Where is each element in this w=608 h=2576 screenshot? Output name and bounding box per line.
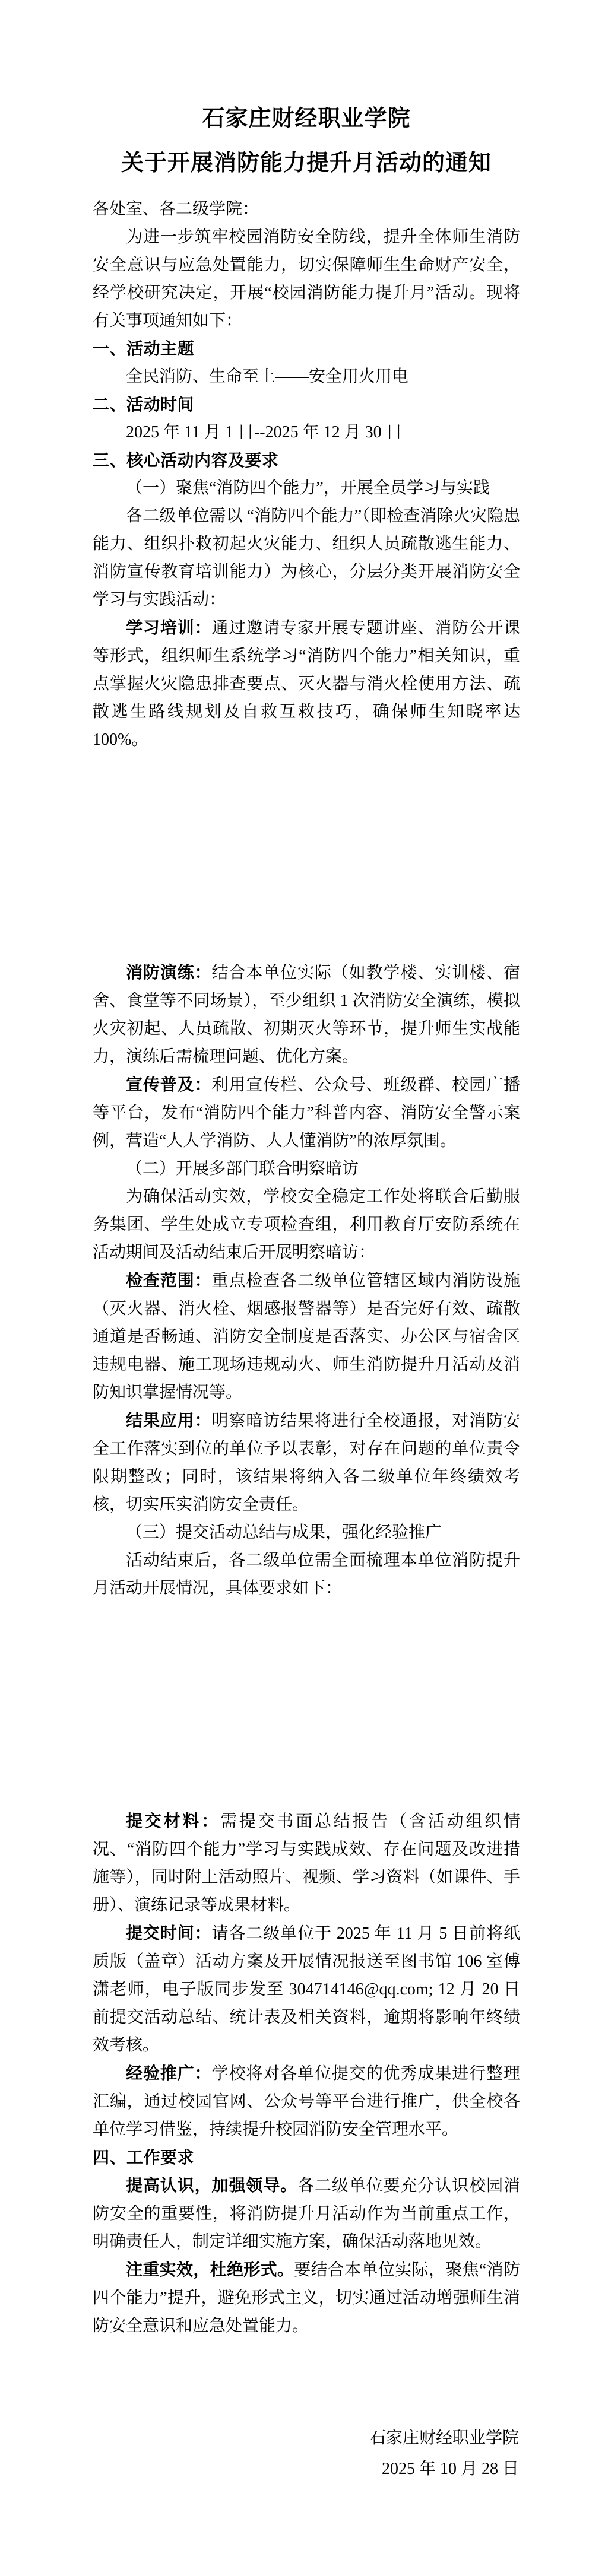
heading-section-4: 四、工作要求 [93,2143,520,2171]
paragraph-requirement-2: 注重实效，杜绝形式。要结合本单位实际，聚焦“消防四个能力”提升，避免形式主义，切… [93,2256,520,2340]
paragraph-publicity-lead: 宣传普及： [126,1075,212,1094]
paragraph-scope: 检查范围：重点检查各二级单位管辖区域内消防设施（灭火器、消火栓、烟感报警器等）是… [93,1266,520,1406]
paragraph-scope-lead: 检查范围： [126,1271,212,1289]
salutation: 各处室、各二级学院： [93,195,520,223]
activity-time: 2025 年 11 月 1 日--2025 年 12 月 30 日 [93,418,520,446]
intro-paragraph: 为进一步筑牢校园消防安全防线，提升全体师生消防安全意识与应急处置能力，切实保障师… [93,223,520,335]
paragraph-3-3-intro: 活动结束后，各二级单位需全面梳理本单位消防提升月活动开展情况，具体要求如下： [93,1546,520,1602]
paragraph-requirement-1-lead: 提高认识，加强领导。 [126,2176,297,2194]
doc-body: 各处室、各二级学院： 为进一步筑牢校园消防安全防线，提升全体师生消防安全意识与应… [93,195,520,2340]
activity-theme: 全民消防、生命至上——安全用火用电 [93,363,520,390]
subheading-3-2: （二）开展多部门联合明察暗访 [93,1155,520,1183]
notice-document-page: 石家庄财经职业学院 关于开展消防能力提升月活动的通知 各处室、各二级学院： 为进… [0,0,608,2576]
paragraph-training: 学习培训：通过邀请专家开展专题讲座、消防公开课等形式，组织师生系统学习“消防四个… [93,614,520,754]
paragraph-promotion: 经验推广：学校将对各单位提交的优秀成果进行整理汇编，通过校园官网、公众号等平台进… [93,2059,520,2143]
heading-section-1: 一、活动主题 [93,335,520,363]
paragraph-3-2-intro: 为确保活动实效，学校安全稳定工作处将联合后勤服务集团、学生处成立专项检查组，利用… [93,1183,520,1266]
doc-title-line2: 关于开展消防能力提升月活动的通知 [93,141,520,186]
paragraph-deadline-text: 请各二级单位于 2025 年 11 月 5 日前将纸质版（盖章）活动方案及开展情… [93,1924,520,2054]
paragraph-training-lead: 学习培训： [126,618,212,637]
page-break-gap-2 [93,1602,520,1807]
paragraph-promotion-lead: 经验推广： [126,2064,212,2082]
heading-section-2: 二、活动时间 [93,390,520,418]
signature-org: 石家庄财经职业学院 [93,2423,520,2454]
subheading-3-3: （三）提交活动总结与成果，强化经验推广 [93,1519,520,1546]
signature-date: 2025 年 10 月 28 日 [93,2454,520,2485]
paragraph-requirement-1: 提高认识，加强领导。各二级单位要充分认识校园消防安全的重要性，将消防提升月活动作… [93,2171,520,2256]
subheading-3-1: （一）聚焦“消防四个能力”，开展全员学习与实践 [93,474,520,502]
paragraph-drill: 消防演练：结合本单位实际（如教学楼、实训楼、宿舍、食堂等不同场景），至少组织 1… [93,958,520,1071]
paragraph-deadline-lead: 提交时间： [126,1924,212,1942]
signature-block: 石家庄财经职业学院 2025 年 10 月 28 日 [93,2423,520,2485]
doc-title-line1: 石家庄财经职业学院 [93,97,520,141]
paragraph-training-text: 通过邀请专家开展专题讲座、消防公开课等形式，组织师生系统学习“消防四个能力”相关… [93,619,520,749]
paragraph-publicity: 宣传普及：利用宣传栏、公众号、班级群、校园广播等平台，发布“消防四个能力”科普内… [93,1071,520,1155]
paragraph-result: 结果应用：明察暗访结果将进行全校通报，对消防安全工作落实到位的单位予以表彰，对存… [93,1406,520,1519]
paragraph-drill-lead: 消防演练： [126,963,212,982]
paragraph-requirement-2-lead: 注重实效，杜绝形式。 [126,2260,294,2279]
paragraph-materials-lead: 提交材料： [126,1812,220,1830]
paragraph-scope-text: 重点检查各二级单位管辖区域内消防设施（灭火器、消火栓、烟感报警器等）是否完好有效… [93,1272,520,1402]
paragraph-3-1-intro: 各二级单位需以 “消防四个能力”（即检查消除火灾隐患能力、组织扑救初起火灾能力、… [93,502,520,614]
paragraph-deadline: 提交时间：请各二级单位于 2025 年 11 月 5 日前将纸质版（盖章）活动方… [93,1919,520,2059]
paragraph-materials: 提交材料：需提交书面总结报告（含活动组织情况、“消防四个能力”学习与实践成效、存… [93,1807,520,1919]
heading-section-3: 三、核心活动内容及要求 [93,446,520,474]
page-break-gap-1 [93,754,520,958]
paragraph-result-lead: 结果应用： [126,1411,212,1430]
